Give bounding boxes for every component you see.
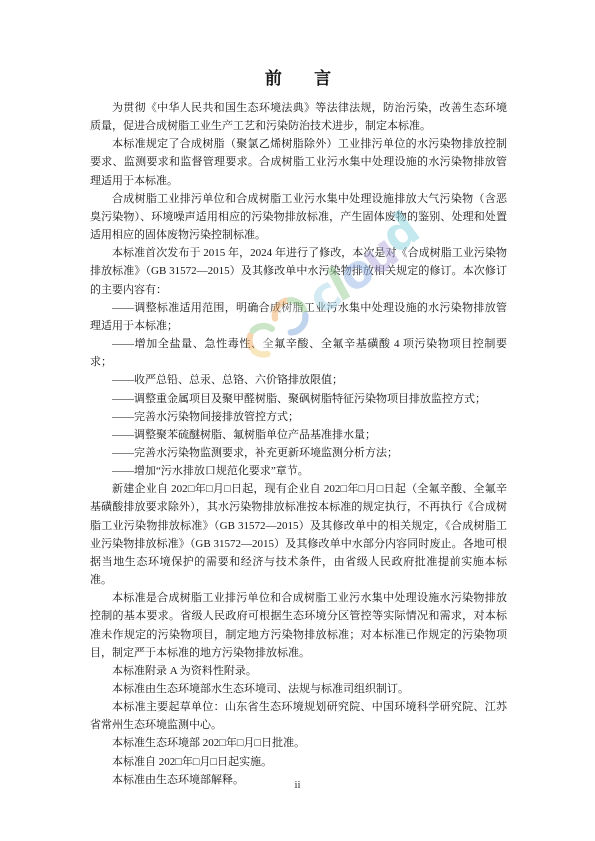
paragraph-organizer: 本标准由生态环境部水生态环境司、法规与标准司组织制订。 <box>90 680 507 698</box>
paragraph-effective-date: 本标准自 202□年□月□日起实施。 <box>90 753 507 771</box>
document-page: c l o u d 前 言 为贯彻《中华人民共和国生态环境法典》等法律法规，防治… <box>0 0 595 841</box>
paragraph-drafting-units: 本标准主要起草单位：山东省生态环境规划研究院、中国环境科学研究院、江苏省常州生态… <box>90 698 507 734</box>
revision-item: ——增加全盐量、急性毒性、全氟辛酸、全氟辛基磺酸 4 项污染物项目控制要求； <box>90 335 507 371</box>
paragraph-revision-intro: 本标准首次发布于 2015 年，2024 年进行了修改，本次是对《合成树脂工业污… <box>90 244 507 298</box>
revision-item: ——调整聚苯硫醚树脂、氟树脂单位产品基准排水量； <box>90 426 507 444</box>
revision-item: ——增加“污水排放口规范化要求”章节。 <box>90 462 507 480</box>
revision-item: ——调整标准适用范围，明确合成树脂工业污水集中处理设施的水污染物排放管理适用于本… <box>90 299 507 335</box>
revision-item: ——调整重金属项目及聚甲醛树脂、聚砜树脂特征污染物项目排放监控方式； <box>90 390 507 408</box>
document-content: 前 言 为贯彻《中华人民共和国生态环境法典》等法律法规，防治污染，改善生态环境质… <box>90 66 507 789</box>
paragraph-approval: 本标准生态环境部 202□年□月□日批准。 <box>90 734 507 752</box>
paragraph-other-standards: 合成树脂工业排污单位和合成树脂工业污水集中处理设施排放大气污染物（含恶臭污染物）… <box>90 190 507 244</box>
paragraph-scope: 本标准规定了合成树脂（聚氯乙烯树脂除外）工业排污单位的水污染物排放控制要求、监测… <box>90 135 507 189</box>
revision-item: ——收严总铅、总汞、总铬、六价铬排放限值； <box>90 371 507 389</box>
paragraph-local-standards: 本标准是合成树脂工业排污单位和合成树脂工业污水集中处理设施水污染物排放控制的基本… <box>90 589 507 662</box>
page-title: 前 言 <box>90 66 507 92</box>
paragraph-appendix: 本标准附录 A 为资料性附录。 <box>90 662 507 680</box>
revision-item: ——完善水污染物间接排放管控方式； <box>90 408 507 426</box>
foreword-body: 为贯彻《中华人民共和国生态环境法典》等法律法规，防治污染，改善生态环境质量，促进… <box>90 99 507 789</box>
revision-item: ——完善水污染物监测要求，补充更新环境监测分析方法； <box>90 444 507 462</box>
paragraph-purpose: 为贯彻《中华人民共和国生态环境法典》等法律法规，防治污染，改善生态环境质量，促进… <box>90 99 507 135</box>
page-number: ii <box>0 779 595 791</box>
paragraph-implementation: 新建企业自 202□年□月□日起，现有企业自 202□年□月□日起（全氟辛酸、全… <box>90 480 507 589</box>
